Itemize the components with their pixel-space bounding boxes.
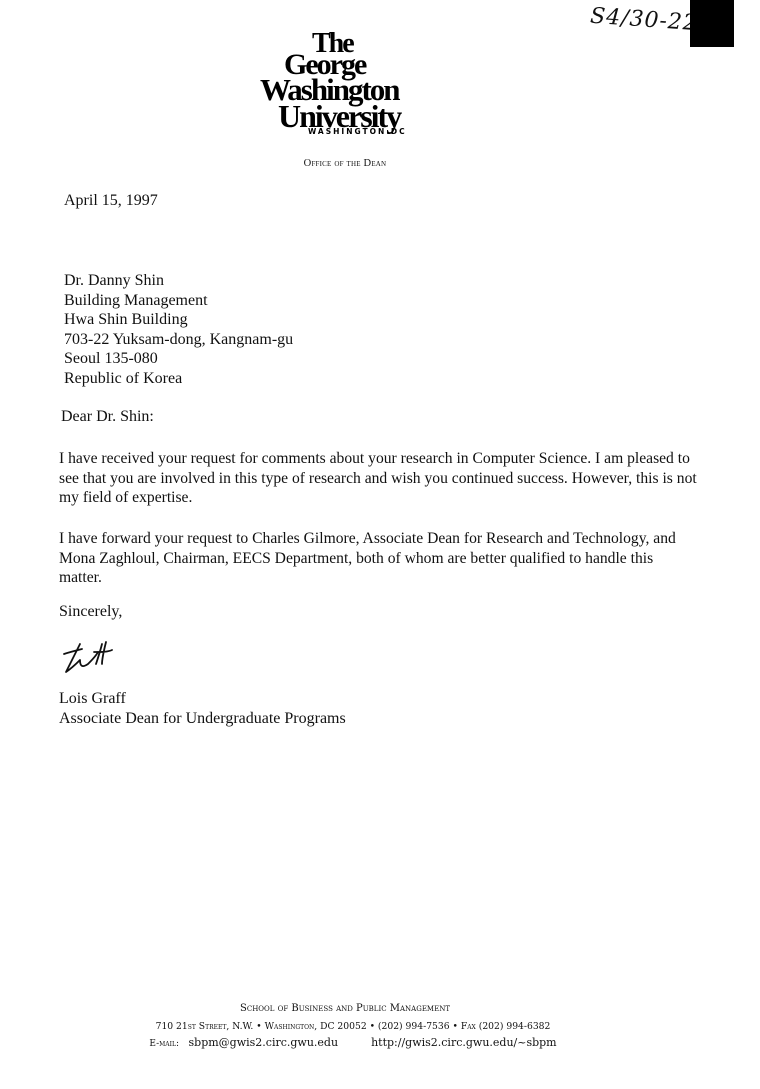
office-heading: Office of the Dean <box>0 158 690 169</box>
address-line: Building Management <box>64 291 293 311</box>
address-line: Seoul 135-080 <box>64 349 293 369</box>
letter-date: April 15, 1997 <box>64 192 158 210</box>
footer-address: 710 21st Street, N.W. • Washington, DC 2… <box>8 1021 698 1032</box>
university-logo: The George Washington University WASHING… <box>258 30 438 138</box>
address-line: Hwa Shin Building <box>64 310 293 330</box>
email-link[interactable]: sbpm@gwis2.circ.gwu.edu <box>189 1036 339 1049</box>
footer-contact: E-mail: sbpm@gwis2.circ.gwu.edu http://g… <box>8 1036 698 1049</box>
address-line: 703-22 Yuksam-dong, Kangnam-gu <box>64 330 293 350</box>
logo-subline: WASHINGTON DC <box>308 128 407 136</box>
body-paragraph: I have received your request for comment… <box>59 449 699 508</box>
closing: Sincerely, <box>59 603 122 621</box>
salutation: Dear Dr. Shin: <box>61 408 154 426</box>
signature-block: Lois Graff Associate Dean for Undergradu… <box>59 689 346 729</box>
redaction-block <box>690 0 734 47</box>
signer-name: Lois Graff <box>59 689 346 709</box>
signature-icon <box>58 638 138 678</box>
footer-school: School of Business and Public Management <box>0 1003 690 1014</box>
address-line: Republic of Korea <box>64 369 293 389</box>
website-link[interactable]: http://gwis2.circ.gwu.edu/~sbpm <box>371 1036 557 1049</box>
email-label: E-mail: <box>149 1039 179 1049</box>
signer-title: Associate Dean for Undergraduate Program… <box>59 709 346 729</box>
recipient-address: Dr. Danny Shin Building Management Hwa S… <box>64 271 293 388</box>
body-paragraph: I have forward your request to Charles G… <box>59 529 699 588</box>
address-line: Dr. Danny Shin <box>64 271 293 291</box>
